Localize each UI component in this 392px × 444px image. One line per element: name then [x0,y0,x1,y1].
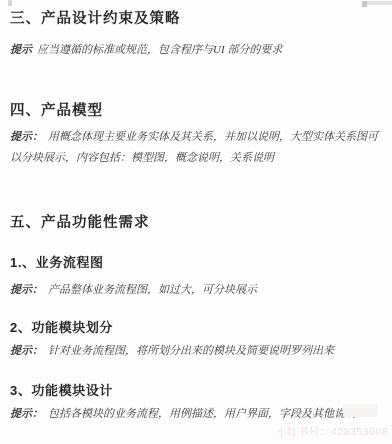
tip-label: 提示： [10,345,43,357]
tip-paragraph-business-flowchart: 提示：产品整体业务流程图，如过大，可分块展示 [10,280,382,301]
tip-text: 应当遵循的标准或规范，包含程序与UI 部分的要求 [37,44,282,56]
tip-text: 产品整体业务流程图，如过大，可分块展示 [48,284,257,296]
section-heading-product-model: 四、产品模型 [10,99,103,120]
tip-text: 用概念体现主要业务实体及其关系，并加以说明，大型实体关系图可以分块展示，内容包括… [10,131,378,164]
document-page: 三、产品设计约束及策略 提示应当遵循的标准或规范，包含程序与UI 部分的要求 四… [0,0,392,444]
section-heading-functional-requirements: 五、产品功能性需求 [10,211,150,232]
tip-label: 提示： [10,408,43,420]
tip-paragraph-module-division: 提示：针对业务流程图，将所划分出来的模块及简要说明罗列出来 [10,341,382,362]
xiaohongshu-watermark: 小红书号：428353908 [276,424,388,439]
tip-text: 针对业务流程图，将所划分出来的模块及简要说明罗列出来 [48,345,334,357]
tip-paragraph-module-design: 提示：包括各模块的业务流程，用例描述，用户界面，字段及其他说明 [10,404,382,425]
subsection-heading-module-design: 3、功能模块设计 [10,380,113,399]
tip-paragraph-product-model: 提示：用概念体现主要业务实体及其关系，并加以说明，大型实体关系图可以分块展示，内… [10,127,382,169]
watermark-blob [343,404,378,417]
tip-text: 包括各模块的业务流程，用例描述，用户界面，字段及其他说明 [48,408,356,420]
cropped-ui-fragment-top-left [8,0,12,6]
cropped-ui-fragment-top-right [362,1,392,7]
subsection-heading-business-flowchart: 1.、业务流程图 [10,252,104,271]
tip-label: 提示： [10,131,43,143]
tip-label: 提示 [10,44,32,56]
section-heading-design-constraints: 三、产品设计约束及策略 [10,7,181,28]
watermark-label: 小红书号： [276,426,331,438]
fragment-bar [367,1,392,5]
tip-paragraph-design-constraints: 提示应当遵循的标准或规范，包含程序与UI 部分的要求 [10,40,382,61]
subsection-heading-module-division: 2、功能模块划分 [10,317,113,336]
watermark-number: 428353908 [331,426,388,438]
tip-label: 提示： [10,284,43,296]
